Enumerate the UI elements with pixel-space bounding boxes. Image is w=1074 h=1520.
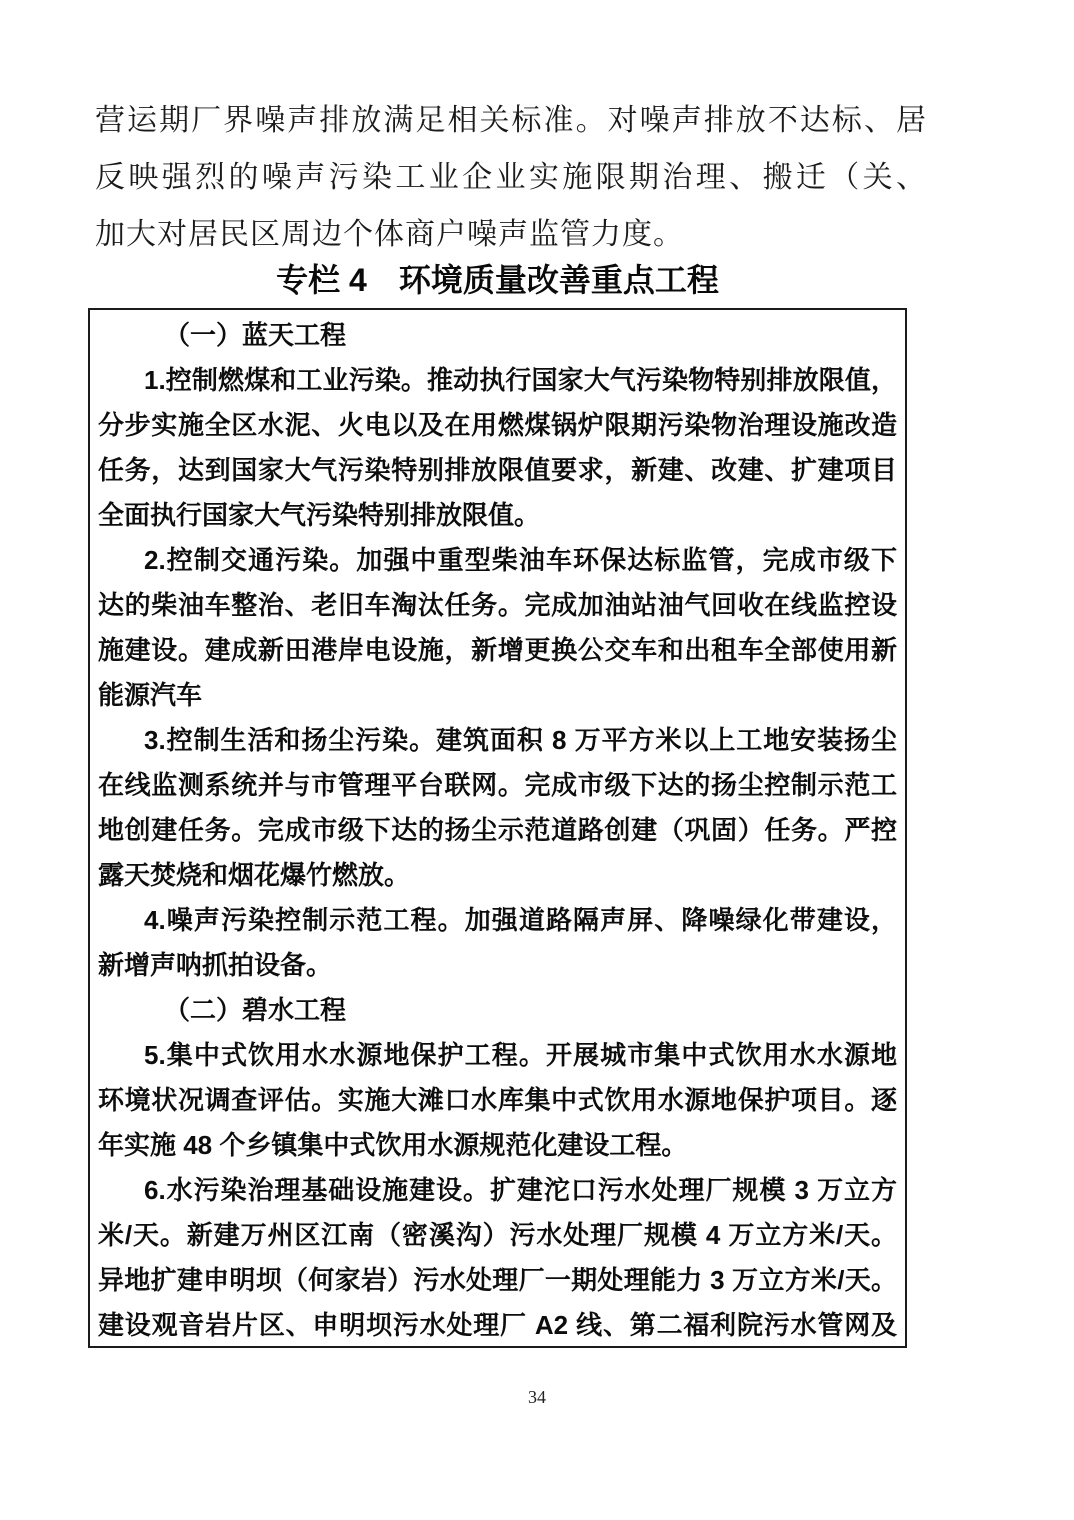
panel-line: 施建设。建成新田港岸电设施，新增更换公交车和出租车全部使用新 xyxy=(98,628,897,673)
panel-line: 分步实施全区水泥、火电以及在用燃煤锅炉限期污染物治理设施改造 xyxy=(98,403,897,448)
intro-paragraph: 营运期厂界噪声排放满足相关标准。对噪声排放不达标、居民反映强烈的噪声污染工业企业… xyxy=(95,92,927,263)
panel-line: 3.控制生活和扬尘污染。建筑面积 8 万平方米以上工地安装扬尘 xyxy=(98,718,897,763)
panel-line: 环境状况调查评估。实施大滩口水库集中式饮用水源地保护项目。逐 xyxy=(98,1078,897,1123)
panel-line: 露天焚烧和烟花爆竹燃放。 xyxy=(98,853,897,898)
panel-line: 米/天。新建万州区江南（密溪沟）污水处理厂规模 4 万立方米/天。 xyxy=(98,1213,897,1258)
panel-line: （二）碧水工程 xyxy=(98,988,897,1033)
panel-line: 全面执行国家大气污染特别排放限值。 xyxy=(98,493,897,538)
panel-line: 任务，达到国家大气污染特别排放限值要求，新建、改建、扩建项目 xyxy=(98,448,897,493)
panel-line: 2.控制交通污染。加强中重型柴油车环保达标监管，完成市级下 xyxy=(98,538,897,583)
panel-line: 地创建任务。完成市级下达的扬尘示范道路创建（巩固）任务。严控 xyxy=(98,808,897,853)
page-number: 34 xyxy=(0,1387,1074,1408)
panel-line: （一）蓝天工程 xyxy=(98,313,897,358)
panel-box: （一）蓝天工程1.控制燃煤和工业污染。推动执行国家大气污染物特别排放限值，分步实… xyxy=(88,308,907,1348)
panel-line: 年实施 48 个乡镇集中式饮用水源规范化建设工程。 xyxy=(98,1123,897,1168)
panel-line: 建设观音岩片区、申明坝污水处理厂 A2 线、第二福利院污水管网及 xyxy=(98,1303,897,1348)
panel-line: 异地扩建申明坝（何家岩）污水处理厂一期处理能力 3 万立方米/天。 xyxy=(98,1258,897,1303)
document-page: 营运期厂界噪声排放满足相关标准。对噪声排放不达标、居民反映强烈的噪声污染工业企业… xyxy=(0,0,1074,1520)
panel-line: 能源汽车 xyxy=(98,673,897,718)
panel-line: 4.噪声污染控制示范工程。加强道路隔声屏、降噪绿化带建设， xyxy=(98,898,897,943)
intro-line: 反映强烈的噪声污染工业企业实施限期治理、搬迁（关、停）。 xyxy=(95,149,927,206)
panel-line: 新增声呐抓拍设备。 xyxy=(98,943,897,988)
panel-line: 5.集中式饮用水水源地保护工程。开展城市集中式饮用水水源地 xyxy=(98,1033,897,1078)
panel-line: 1.控制燃煤和工业污染。推动执行国家大气污染物特别排放限值， xyxy=(98,358,897,403)
panel-title: 专栏 4 环境质量改善重点工程 xyxy=(88,258,907,302)
panel-line: 达的柴油车整治、老旧车淘汰任务。完成加油站油气回收在线监控设 xyxy=(98,583,897,628)
panel-line: 在线监测系统并与市管理平台联网。完成市级下达的扬尘控制示范工 xyxy=(98,763,897,808)
intro-line: 营运期厂界噪声排放满足相关标准。对噪声排放不达标、居民 xyxy=(95,92,927,149)
intro-line: 加大对居民区周边个体商户噪声监管力度。 xyxy=(95,206,927,263)
panel-line: 6.水污染治理基础设施建设。扩建沱口污水处理厂规模 3 万立方 xyxy=(98,1168,897,1213)
